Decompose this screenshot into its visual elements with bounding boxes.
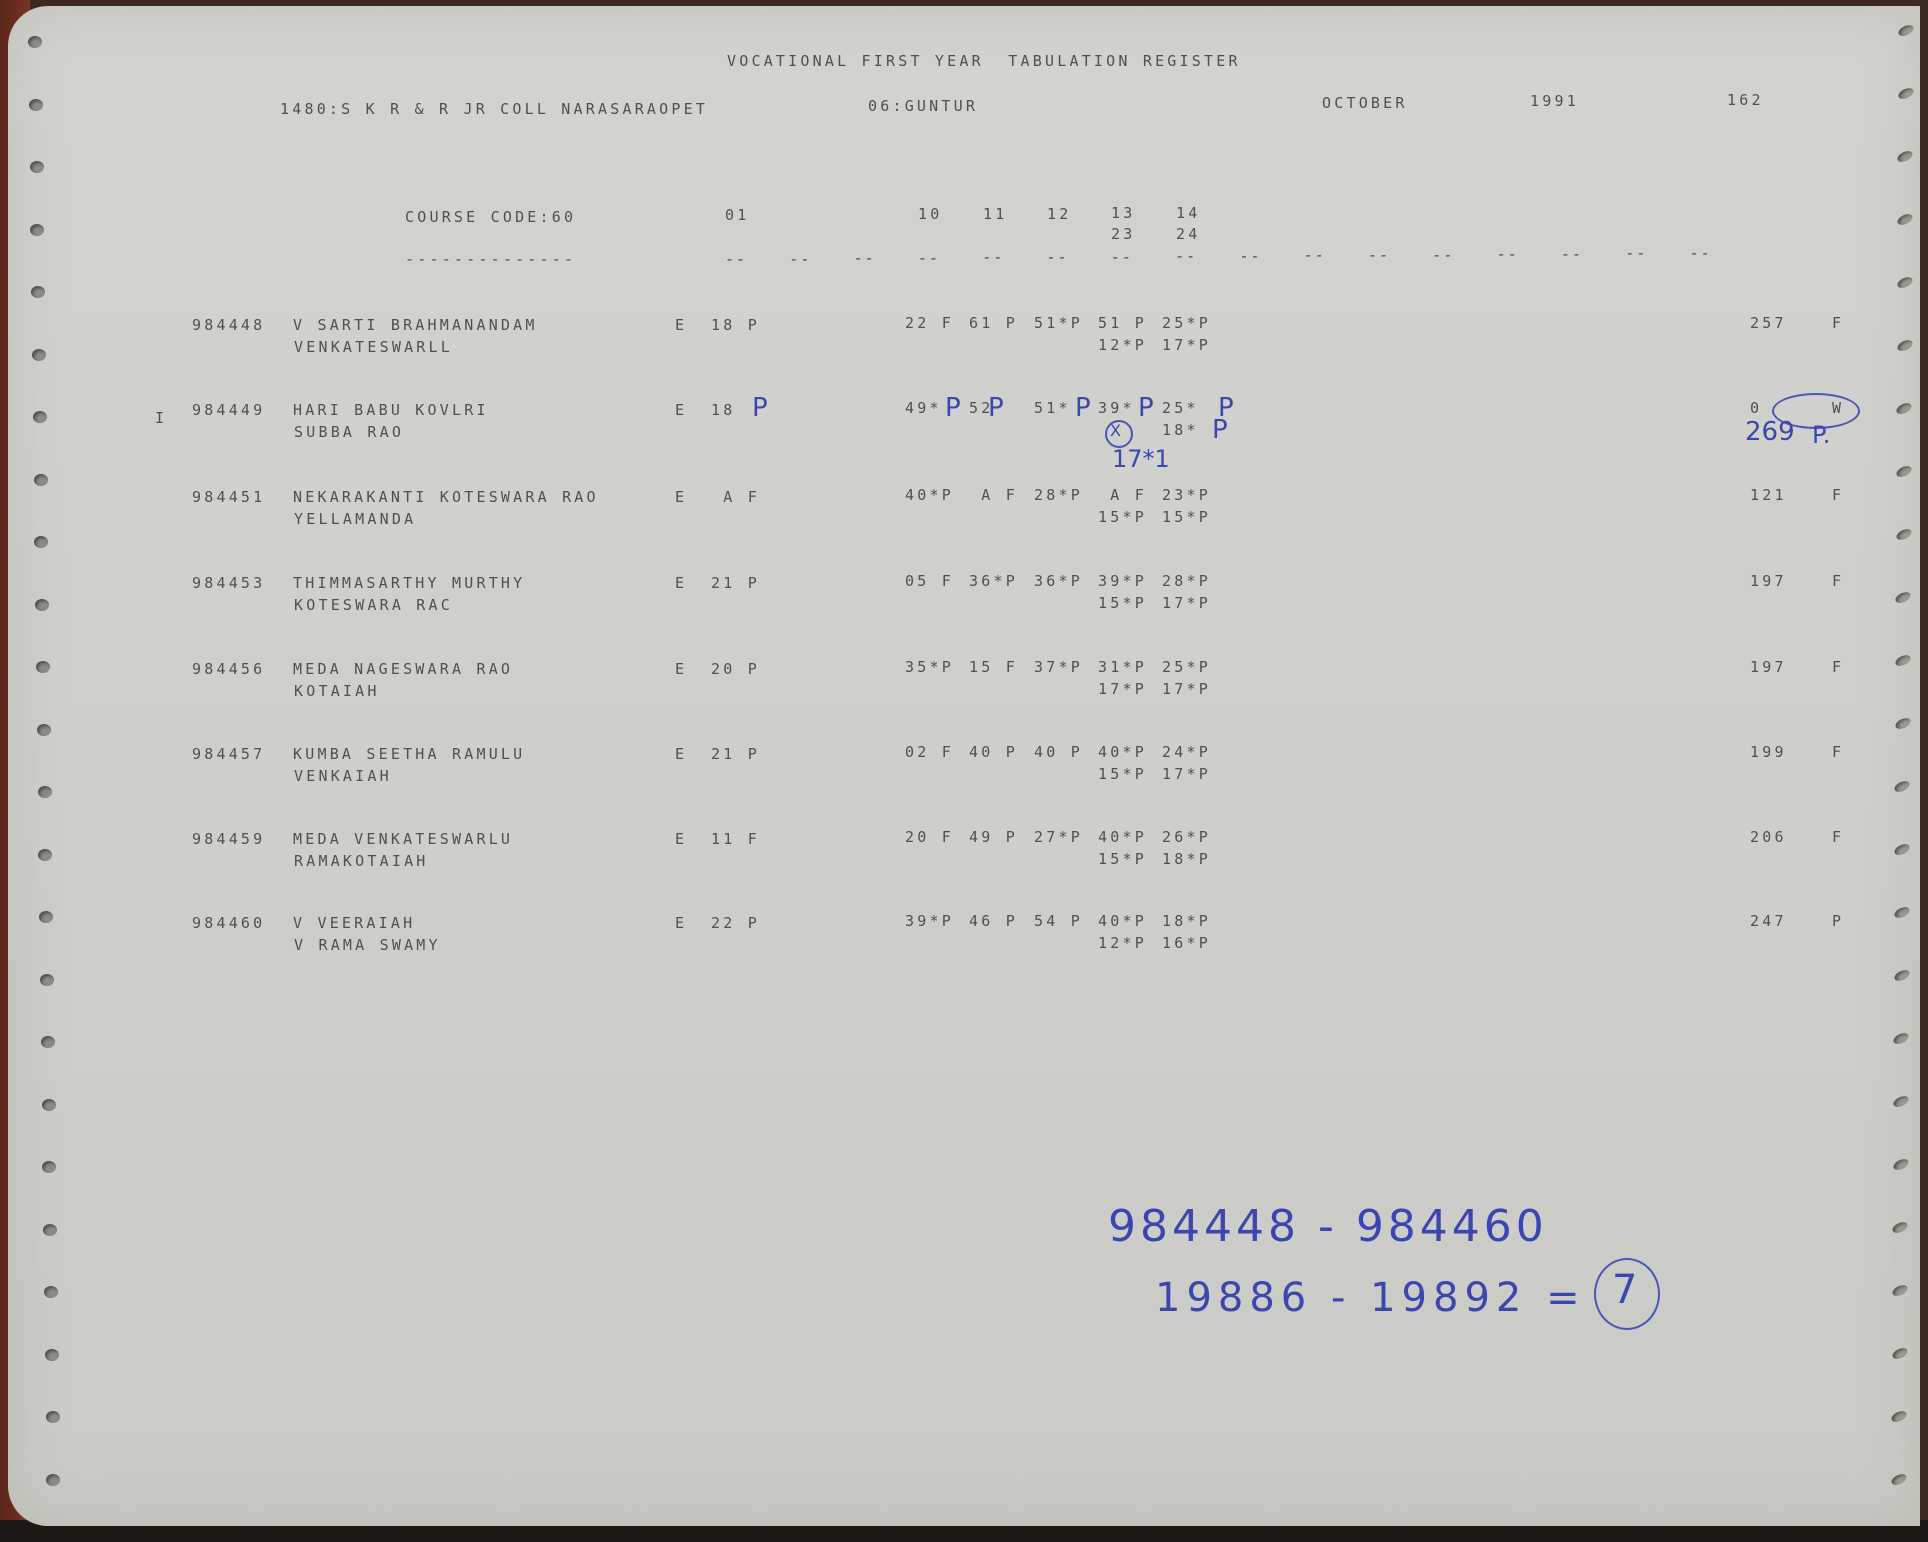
feed-hole-icon — [1895, 464, 1913, 479]
roll-number: 984453 — [192, 576, 265, 591]
column-dash: -- — [1111, 248, 1133, 266]
total-marks: 206 — [1750, 830, 1787, 845]
feed-hole-icon — [1897, 86, 1915, 101]
feed-hole-icon — [37, 724, 51, 736]
mark-subject-01: 21 P — [711, 747, 760, 762]
student-name: MEDA VENKATESWARLU — [293, 832, 513, 847]
mark-subject-10: 40*P — [905, 488, 954, 503]
mark-subject-01: A F — [711, 490, 760, 505]
mark-subject-10: 39*P — [905, 914, 954, 929]
handwritten-serial-range: 19886 - 19892 = — [1155, 1278, 1586, 1318]
feed-hole-icon — [1891, 1220, 1909, 1235]
feed-hole-icon — [46, 1411, 60, 1423]
mark-subject-12: 54 P — [1034, 914, 1083, 929]
mark-subject-11: 49 P — [969, 830, 1018, 845]
column-dash: -- — [1239, 247, 1261, 265]
handwritten-note: 17*1 — [1112, 447, 1170, 471]
feed-hole-icon — [1890, 1409, 1908, 1424]
parent-name: KOTESWARA RAC — [294, 598, 453, 613]
feed-hole-icon — [1891, 1157, 1909, 1172]
total-marks: 197 — [1750, 660, 1787, 675]
student-name: NEKARAKANTI KOTESWARA RAO — [293, 490, 599, 505]
district: 06:GUNTUR — [868, 99, 978, 114]
course-code: COURSE CODE:60 — [405, 210, 576, 225]
mark-subject-14: 23*P — [1162, 488, 1211, 503]
feed-hole-icon — [1891, 1283, 1909, 1298]
student-name: THIMMASARTHY MURTHY — [293, 576, 525, 591]
feed-hole-icon — [1893, 842, 1911, 857]
student-name: KUMBA SEETHA RAMULU — [293, 747, 525, 762]
feed-hole-icon — [1894, 590, 1912, 605]
parent-name: SUBBA RAO — [294, 425, 404, 440]
feed-hole-icon — [39, 911, 53, 923]
feed-hole-icon — [1893, 905, 1911, 920]
medium-code: E — [675, 576, 687, 591]
handwritten-correction: P — [752, 395, 768, 421]
feed-hole-icon — [38, 786, 52, 798]
feed-hole-icon — [28, 36, 42, 48]
handwritten-correction: P — [988, 395, 1004, 421]
mark-subject-10: 22 F — [905, 316, 954, 331]
feed-hole-icon — [30, 224, 44, 236]
feed-hole-icon — [42, 1099, 56, 1111]
roll-number: 984457 — [192, 747, 265, 762]
handwritten-cross: X — [1110, 423, 1121, 439]
mark-subject-23: 12*P — [1098, 338, 1147, 353]
handwritten-correction: P — [945, 395, 961, 421]
mark-subject-14: 25* — [1162, 401, 1199, 416]
mark-subject-11: A F — [969, 488, 1018, 503]
feed-hole-icon — [1896, 212, 1914, 227]
revaluation-marker: I — [155, 411, 167, 426]
medium-code: E — [675, 403, 687, 418]
mark-subject-14: 24*P — [1162, 745, 1211, 760]
roll-number: 984451 — [192, 490, 265, 505]
mark-subject-24: 17*P — [1162, 338, 1211, 353]
feed-hole-icon — [29, 99, 43, 111]
subject-code-11: 11 — [983, 207, 1007, 222]
roll-number: 984459 — [192, 832, 265, 847]
feed-hole-icon — [32, 349, 46, 361]
mark-subject-24: 15*P — [1162, 510, 1211, 525]
feed-hole-icon — [41, 1036, 55, 1048]
student-name: MEDA NAGESWARA RAO — [293, 662, 513, 677]
parent-name: VENKAIAH — [294, 769, 392, 784]
total-marks: 257 — [1750, 316, 1787, 331]
column-dash: -- — [1368, 246, 1390, 264]
college-name: 1480:S K R & R JR COLL NARASARAOPET — [280, 102, 708, 117]
register-title: VOCATIONAL FIRST YEAR TABULATION REGISTE… — [727, 54, 1241, 69]
subject-code-13: 13 — [1111, 206, 1135, 221]
subject-code-10: 10 — [918, 207, 942, 222]
mark-subject-10: 49* — [905, 401, 942, 416]
mark-subject-14: 25*P — [1162, 660, 1211, 675]
mark-subject-01: 21 P — [711, 576, 760, 591]
mark-subject-01: 18 — [711, 403, 735, 418]
mark-subject-12: 37*P — [1034, 660, 1083, 675]
result-code: F — [1832, 660, 1844, 675]
handwritten-correction: P — [1212, 417, 1228, 443]
student-name: V SARTI BRAHMANANDAM — [293, 318, 538, 333]
roll-number: 984460 — [192, 916, 265, 931]
course-code-underline: -------------- — [405, 252, 576, 267]
column-dash: -- — [1497, 245, 1519, 263]
mark-subject-12: 51*P — [1034, 316, 1083, 331]
feed-hole-icon — [45, 1349, 59, 1361]
student-name: HARI BABU KOVLRI — [293, 403, 489, 418]
feed-hole-icon — [1895, 401, 1913, 416]
mark-subject-11: 36*P — [969, 574, 1018, 589]
mark-subject-12: 40 P — [1034, 745, 1083, 760]
mark-subject-13: A F — [1098, 488, 1147, 503]
column-dash: -- — [854, 249, 876, 267]
feed-hole-icon — [1890, 1472, 1908, 1487]
roll-number: 984456 — [192, 662, 265, 677]
result-code: F — [1832, 830, 1844, 845]
column-dash: -- — [725, 250, 747, 268]
mark-subject-11: 15 F — [969, 660, 1018, 675]
feed-hole-icon — [1895, 338, 1913, 353]
column-dash: -- — [1175, 247, 1197, 265]
column-dash: -- — [1625, 244, 1647, 262]
feed-hole-icon — [1896, 149, 1914, 164]
parent-name: RAMAKOTAIAH — [294, 854, 429, 869]
medium-code: E — [675, 747, 687, 762]
feed-hole-icon — [1894, 716, 1912, 731]
parent-name: YELLAMANDA — [294, 512, 416, 527]
column-dash: -- — [982, 248, 1004, 266]
total-marks: 199 — [1750, 745, 1787, 760]
mark-subject-13: 40*P — [1098, 745, 1147, 760]
handwritten-roll-range: 984448 - 984460 — [1108, 1205, 1548, 1249]
mark-subject-01: 18 P — [711, 318, 760, 333]
mark-subject-01: 22 P — [711, 916, 760, 931]
column-dash: -- — [1690, 244, 1712, 262]
feed-hole-icon — [1897, 23, 1915, 38]
exam-year: 1991 — [1530, 94, 1579, 109]
mark-subject-12: 36*P — [1034, 574, 1083, 589]
mark-subject-24: 18* — [1162, 423, 1199, 438]
subject-code-12: 12 — [1047, 207, 1071, 222]
total-marks: 197 — [1750, 574, 1787, 589]
parent-name: V RAMA SWAMY — [294, 938, 441, 953]
feed-hole-icon — [46, 1474, 60, 1486]
feed-hole-icon — [1896, 275, 1914, 290]
handwritten-correction: P — [1075, 395, 1091, 421]
feed-hole-icon — [31, 286, 45, 298]
mark-subject-13: 40*P — [1098, 830, 1147, 845]
mark-subject-13: 39* — [1098, 401, 1135, 416]
feed-hole-icon — [1892, 968, 1910, 983]
column-dash: -- — [789, 250, 811, 268]
mark-subject-13: 40*P — [1098, 914, 1147, 929]
column-dash: -- — [1047, 248, 1069, 266]
mark-subject-23: 15*P — [1098, 767, 1147, 782]
total-marks: 121 — [1750, 488, 1787, 503]
column-dash: -- — [918, 249, 940, 267]
mark-subject-14: 25*P — [1162, 316, 1211, 331]
roll-number: 984449 — [192, 403, 265, 418]
mark-subject-14: 26*P — [1162, 830, 1211, 845]
total-marks: 0 — [1750, 401, 1762, 416]
handwritten-total: 269 — [1745, 419, 1795, 445]
exam-month: OCTOBER — [1322, 96, 1408, 111]
mark-subject-12: 27*P — [1034, 830, 1083, 845]
mark-subject-23: 12*P — [1098, 936, 1147, 951]
feed-hole-icon — [34, 536, 48, 548]
feed-hole-icon — [34, 474, 48, 486]
mark-subject-24: 18*P — [1162, 852, 1211, 867]
mark-subject-13: 51 P — [1098, 316, 1147, 331]
parent-name: VENKATESWARLL — [294, 340, 453, 355]
mark-subject-10: 35*P — [905, 660, 954, 675]
feed-hole-icon — [40, 974, 54, 986]
mark-subject-11: 40 P — [969, 745, 1018, 760]
feed-hole-icon — [44, 1286, 58, 1298]
page-number: 162 — [1727, 93, 1764, 108]
mark-subject-23: 17*P — [1098, 682, 1147, 697]
feed-hole-icon — [33, 411, 47, 423]
student-name: V VEERAIAH — [293, 916, 415, 931]
mark-subject-24: 17*P — [1162, 596, 1211, 611]
mark-subject-24: 17*P — [1162, 767, 1211, 782]
total-marks: 247 — [1750, 914, 1787, 929]
mark-subject-11: 61 P — [969, 316, 1018, 331]
mark-subject-01: 11 F — [711, 832, 760, 847]
mark-subject-12: 28*P — [1034, 488, 1083, 503]
feed-hole-icon — [1893, 779, 1911, 794]
feed-hole-icon — [1891, 1346, 1909, 1361]
medium-code: E — [675, 490, 687, 505]
feed-hole-icon — [42, 1161, 56, 1173]
medium-code: E — [675, 662, 687, 677]
feed-hole-icon — [1892, 1094, 1910, 1109]
medium-code: E — [675, 318, 687, 333]
mark-subject-12: 51* — [1034, 401, 1071, 416]
feed-hole-icon — [1892, 1031, 1910, 1046]
mark-subject-13: 31*P — [1098, 660, 1147, 675]
mark-subject-24: 17*P — [1162, 682, 1211, 697]
mark-subject-10: 20 F — [905, 830, 954, 845]
feed-hole-icon — [1894, 527, 1912, 542]
roll-number: 984448 — [192, 318, 265, 333]
result-code: F — [1832, 745, 1844, 760]
column-dash: -- — [1304, 246, 1326, 264]
result-code: F — [1832, 574, 1844, 589]
handwritten-result: P. — [1812, 423, 1830, 447]
feed-hole-icon — [35, 599, 49, 611]
subject-code-24: 24 — [1176, 227, 1200, 242]
mark-subject-13: 39*P — [1098, 574, 1147, 589]
feed-hole-icon — [1894, 653, 1912, 668]
mark-subject-14: 18*P — [1162, 914, 1211, 929]
result-code: P — [1832, 914, 1844, 929]
mark-subject-23: 15*P — [1098, 852, 1147, 867]
column-dash: -- — [1561, 245, 1583, 263]
feed-hole-icon — [43, 1224, 57, 1236]
mark-subject-10: 02 F — [905, 745, 954, 760]
feed-hole-icon — [36, 661, 50, 673]
subject-code-14: 14 — [1176, 206, 1200, 221]
medium-code: E — [675, 832, 687, 847]
mark-subject-23: 15*P — [1098, 596, 1147, 611]
result-code: F — [1832, 316, 1844, 331]
parent-name: KOTAIAH — [294, 684, 380, 699]
subject-code-23: 23 — [1111, 227, 1135, 242]
handwritten-correction: P — [1138, 395, 1154, 421]
mark-subject-24: 16*P — [1162, 936, 1211, 951]
column-dash: -- — [1432, 246, 1454, 264]
mark-subject-01: 20 P — [711, 662, 760, 677]
mark-subject-14: 28*P — [1162, 574, 1211, 589]
handwritten-count: 7 — [1612, 1270, 1637, 1310]
feed-hole-icon — [38, 849, 52, 861]
mark-subject-23: 15*P — [1098, 510, 1147, 525]
mark-subject-10: 05 F — [905, 574, 954, 589]
subject-code-01: 01 — [725, 208, 749, 223]
result-code: F — [1832, 488, 1844, 503]
mark-subject-11: 46 P — [969, 914, 1018, 929]
medium-code: E — [675, 916, 687, 931]
feed-hole-icon — [30, 161, 44, 173]
